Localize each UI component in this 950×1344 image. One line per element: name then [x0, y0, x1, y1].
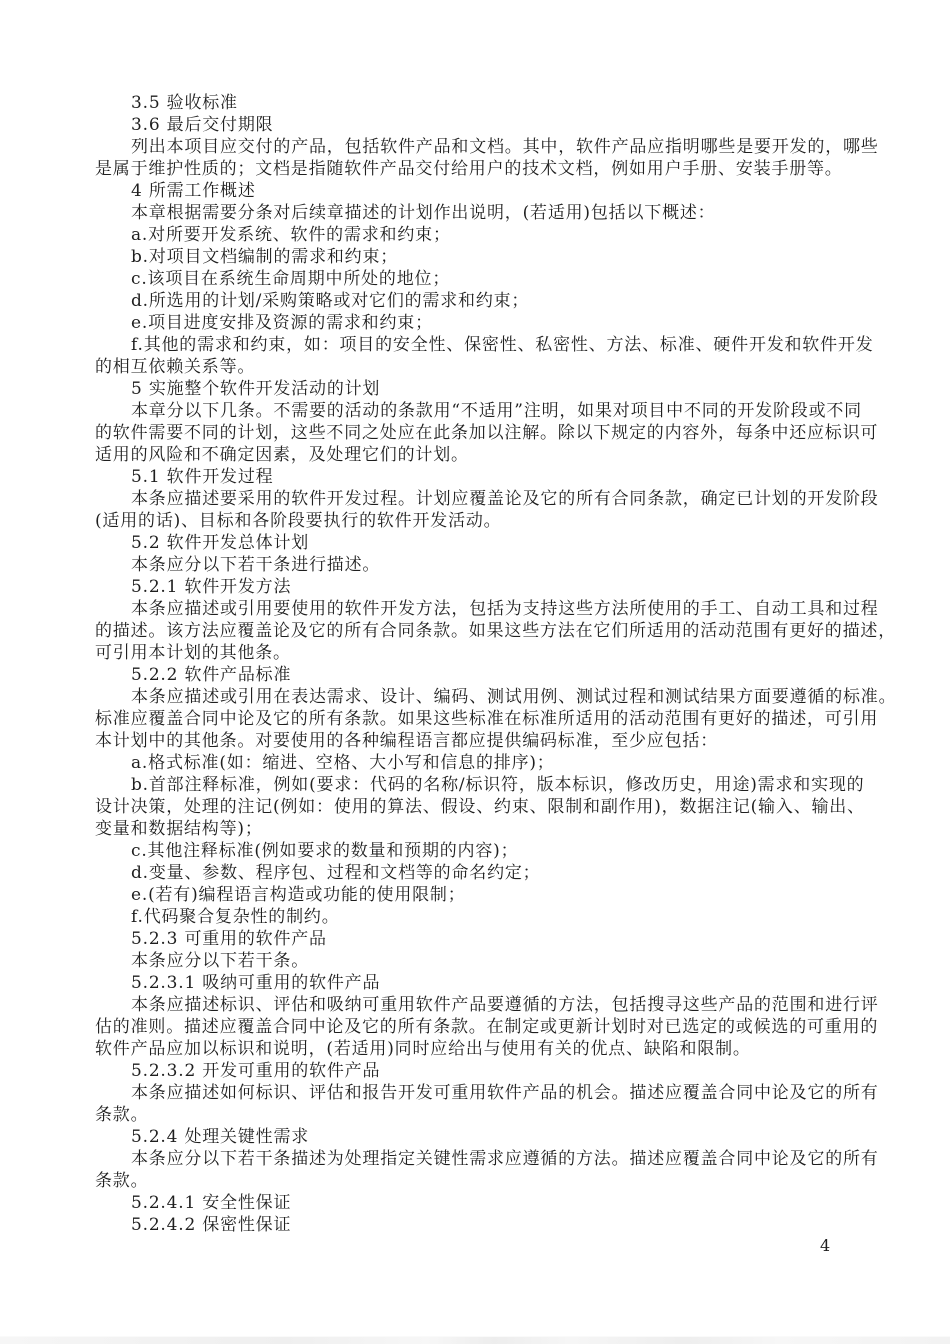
text-line: 5 实施整个软件开发活动的计划 [95, 378, 950, 400]
text-line: 估的准则。描述应覆盖合同中论及它的所有条款。在制定或更新计划时对已选定的或候选的… [95, 1016, 950, 1038]
text-line: 设计决策，处理的注记(例如：使用的算法、假设、约束、限制和副作用)，数据注记(输… [95, 796, 950, 818]
text-line: c.其他注释标准(例如要求的数量和预期的内容)； [95, 840, 950, 862]
text-line: 的描述。该方法应覆盖论及它的所有合同条款。如果这些方法在它们所适用的活动范围有更… [95, 620, 950, 642]
page-number: 4 [820, 1235, 830, 1257]
text-line: 5.2.2 软件产品标准 [95, 664, 950, 686]
text-line: 条款。 [95, 1104, 950, 1126]
text-line: 本条应分以下若干条描述为处理指定关键性需求应遵循的方法。描述应覆盖合同中论及它的… [95, 1148, 950, 1170]
text-line: 5.2.3.1 吸纳可重用的软件产品 [95, 972, 950, 994]
text-line: a.格式标准(如：缩进、空格、大小写和信息的排序)； [95, 752, 950, 774]
text-line: 本章根据需要分条对后续章描述的计划作出说明，(若适用)包括以下概述： [95, 202, 950, 224]
text-line: 条款。 [95, 1170, 950, 1192]
text-line: 本条应分以下若干条进行描述。 [95, 554, 950, 576]
text-line: 3.6 最后交付期限 [95, 114, 950, 136]
text-line: 软件产品应加以标识和说明，(若适用)同时应给出与使用有关的优点、缺陷和限制。 [95, 1038, 950, 1060]
text-line: 5.2.1 软件开发方法 [95, 576, 950, 598]
text-line: 本条应描述或引用要使用的软件开发方法，包括为支持这些方法所使用的手工、自动工具和… [95, 598, 950, 620]
text-line: 5.2.4.1 安全性保证 [95, 1192, 950, 1214]
text-line: b.对项目文档编制的需求和约束； [95, 246, 950, 268]
text-line: 是属于维护性质的；文档是指随软件产品交付给用户的技术文档，例如用户手册、安装手册… [95, 158, 950, 180]
text-line: d.所选用的计划/采购策略或对它们的需求和约束； [95, 290, 950, 312]
text-line: 列出本项目应交付的产品，包括软件产品和文档。其中，软件产品应指明哪些是要开发的，… [95, 136, 950, 158]
text-line: (适用的话)、目标和各阶段要执行的软件开发活动。 [95, 510, 950, 532]
text-line: c.该项目在系统生命周期中所处的地位； [95, 268, 950, 290]
text-line: f.其他的需求和约束，如：项目的安全性、保密性、私密性、方法、标准、硬件开发和软… [95, 334, 950, 356]
text-line: 的软件需要不同的计划，这些不同之处应在此条加以注解。除以下规定的内容外，每条中还… [95, 422, 950, 444]
text-line: 的相互依赖关系等。 [95, 356, 950, 378]
text-line: d.变量、参数、程序包、过程和文档等的命名约定； [95, 862, 950, 884]
text-line: 3.5 验收标准 [95, 92, 950, 114]
text-line: 5.2.4 处理关键性需求 [95, 1126, 950, 1148]
text-line: 5.1 软件开发过程 [95, 466, 950, 488]
text-line: b.首部注释标准，例如(要求：代码的名称/标识符，版本标识，修改历史，用途)需求… [95, 774, 950, 796]
text-line: e.(若有)编程语言构造或功能的使用限制； [95, 884, 950, 906]
next-page-edge [0, 1336, 950, 1344]
text-line: 5.2.4.2 保密性保证 [95, 1214, 950, 1236]
text-line: 5.2.3.2 开发可重用的软件产品 [95, 1060, 950, 1082]
document-page: 3.5 验收标准3.6 最后交付期限列出本项目应交付的产品，包括软件产品和文档。… [0, 0, 950, 1344]
text-line: 5.2 软件开发总体计划 [95, 532, 950, 554]
text-line: 本条应描述标识、评估和吸纳可重用软件产品要遵循的方法，包括搜寻这些产品的范围和进… [95, 994, 950, 1016]
text-line: 标准应覆盖合同中论及它的所有条款。如果这些标准在标准所适用的活动范围有更好的描述… [95, 708, 950, 730]
text-line: 本条应描述或引用在表达需求、设计、编码、测试用例、测试过程和测试结果方面要遵循的… [95, 686, 950, 708]
text-line: 5.2.3 可重用的软件产品 [95, 928, 950, 950]
text-line: 本条应描述如何标识、评估和报告开发可重用软件产品的机会。描述应覆盖合同中论及它的… [95, 1082, 950, 1104]
text-line: 可引用本计划的其他条。 [95, 642, 950, 664]
text-line: e.项目进度安排及资源的需求和约束； [95, 312, 950, 334]
text-line: 本条应描述要采用的软件开发过程。计划应覆盖论及它的所有合同条款，确定已计划的开发… [95, 488, 950, 510]
text-line: 本章分以下几条。不需要的活动的条款用“不适用”注明，如果对项目中不同的开发阶段或… [95, 400, 950, 422]
text-line: 变量和数据结构等)； [95, 818, 950, 840]
text-line: 适用的风险和不确定因素，及处理它们的计划。 [95, 444, 950, 466]
document-text-block: 3.5 验收标准3.6 最后交付期限列出本项目应交付的产品，包括软件产品和文档。… [0, 92, 950, 1236]
text-line: a.对所要开发系统、软件的需求和约束； [95, 224, 950, 246]
text-line: 本计划中的其他条。对要使用的各种编程语言都应提供编码标准，至少应包括： [95, 730, 950, 752]
text-line: 4 所需工作概述 [95, 180, 950, 202]
text-line: 本条应分以下若干条。 [95, 950, 950, 972]
text-line: f.代码聚合复杂性的制约。 [95, 906, 950, 928]
